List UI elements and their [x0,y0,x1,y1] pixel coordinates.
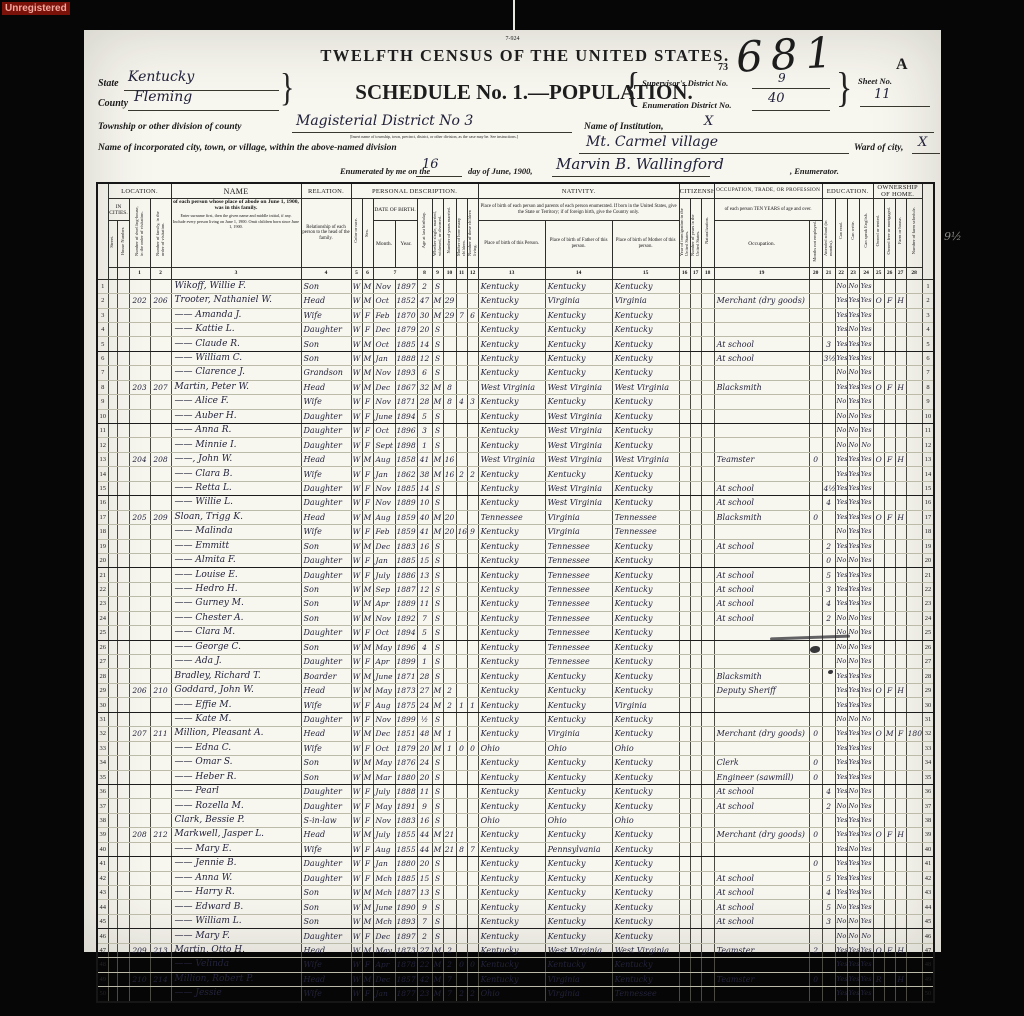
cell-by: 1889 [395,597,417,611]
cell-ow [873,525,884,539]
cell-name: —— Mary F. [171,929,301,943]
cell-sc [822,741,835,755]
cell-cl: 0 [467,741,478,755]
cell-sc [822,683,835,697]
cell-c18 [701,828,714,842]
cell-house [117,669,129,683]
cell-bm: Apr [373,958,395,972]
cell-fam [150,553,171,567]
cell-c18 [701,308,714,322]
cell-fm [884,886,895,900]
cell-pb: Kentucky [478,395,545,409]
line-number: 18 [922,525,934,539]
header-attended-school: Attended school (in months). [822,199,835,268]
cell-rel: Daughter [301,655,351,669]
cell-c18 [701,655,714,669]
cell-by: 1877 [395,987,417,1002]
cell-oc: Deputy Sheriff [714,683,809,697]
cell-sc [822,452,835,466]
census-row: 5—— Claude R.SonWMOct188514SKentuckyKent… [97,337,934,351]
cell-pb: Kentucky [478,611,545,625]
cell-pf: Kentucky [545,698,612,712]
cell-sc [822,972,835,986]
cell-by: 1883 [395,813,417,827]
cell-name: —— Alice F. [171,395,301,409]
cell-ym [443,784,456,798]
cell-cl [467,481,478,495]
cell-fam [150,987,171,1002]
cell-en: Yes [859,640,873,654]
cell-ow [873,958,884,972]
cell-fh [895,351,906,365]
line-number: 29 [922,683,934,697]
cell-rd: Yes [835,294,847,308]
cell-pm: Kentucky [612,929,679,943]
cell-ag: 7 [417,914,432,928]
cell-oc [714,958,809,972]
column-number: 18 [701,267,714,279]
cell-mn [809,351,822,365]
column-number: 15 [612,267,679,279]
cell-bm: Jan [373,987,395,1002]
cell-fm [884,857,895,871]
cell-fam [150,958,171,972]
cell-c17 [690,972,701,986]
cell-pf: Kentucky [545,900,612,914]
cell-fam [150,525,171,539]
cell-sx: M [362,669,373,683]
cell-pb: Kentucky [478,279,545,293]
cell-ms: M [432,294,443,308]
cell-name: —— Clara B. [171,467,301,481]
cell-fh: H [895,294,906,308]
cell-ym [443,611,456,625]
cell-rel: Wife [301,525,351,539]
cell-c17 [690,294,701,308]
cell-sx: M [362,337,373,351]
cell-by: 1879 [395,741,417,755]
cell-fh [895,568,906,582]
cell-cl [467,683,478,697]
cell-rel: Wife [301,698,351,712]
column-numbers-row: 1234567891011121314151617181920212223242… [97,267,934,279]
cell-fh [895,481,906,495]
cell-c17 [690,871,701,885]
cell-bm: July [373,568,395,582]
cell-oc: Blacksmith [714,380,809,394]
cell-street [108,886,117,900]
cell-fam: 207 [150,380,171,394]
cell-wr: Yes [847,452,859,466]
cell-c17 [690,582,701,596]
cell-by: 1887 [395,582,417,596]
cell-pb: Ohio [478,741,545,755]
naturalization-label: Naturalization. [705,217,710,244]
cell-pb: Kentucky [478,871,545,885]
cell-by: 1851 [395,727,417,741]
column-number [117,267,129,279]
cell-c18 [701,525,714,539]
cell-fh [895,857,906,871]
cell-pf: West Virginia [545,481,612,495]
cell-by: 1894 [395,409,417,423]
cell-pf: Kentucky [545,857,612,871]
line-number: 1 [922,279,934,293]
census-row: 50—— JessieWifeWFJan187723M722OhioVirgin… [97,987,934,1002]
cell-mn [809,395,822,409]
cell-en: Yes [859,886,873,900]
cell-mc [456,279,467,293]
cell-ow [873,741,884,755]
cell-c16 [679,683,690,697]
cell-mc [456,626,467,640]
cell-fam [150,366,171,380]
census-row: 19—— EmmittSonWMDec188316SKentuckyTennes… [97,539,934,553]
census-row: 4—— Kattie L.DaughterWFDec187920SKentuck… [97,322,934,336]
cell-fh [895,337,906,351]
cell-dw [129,770,150,784]
group-personal-description: PERSONAL DESCRIPTION. [351,183,478,199]
cell-dw: 210 [129,972,150,986]
cell-ym [443,553,456,567]
cell-sc: 2 [822,611,835,625]
cell-name: —— Chester A. [171,611,301,625]
cell-house [117,539,129,553]
cell-en: Yes [859,626,873,640]
cell-pf: Kentucky [545,366,612,380]
cell-ag: 32 [417,380,432,394]
cell-house [117,813,129,827]
cell-pb: Kentucky [478,727,545,741]
cell-oc: Blacksmith [714,510,809,524]
cell-en: Yes [859,597,873,611]
cell-bm: Aug [373,510,395,524]
cell-fh [895,799,906,813]
cell-pf: Kentucky [545,322,612,336]
cell-ym: 20 [443,525,456,539]
column-number: 17 [690,267,701,279]
cell-c18 [701,857,714,871]
cell-oc: At school [714,351,809,365]
cell-street [108,828,117,842]
right-close-brace: } [836,65,852,113]
cell-c17 [690,452,701,466]
mother-of-label: Mother of how many children. [457,204,467,256]
census-row: 33—— Edna C.WifeWFOct187920M100OhioOhioO… [97,741,934,755]
cell-fh [895,784,906,798]
cell-fs [906,987,922,1002]
cell-cr: W [351,380,362,394]
cell-cr: W [351,525,362,539]
cell-by: 1885 [395,871,417,885]
cell-by: 1894 [395,626,417,640]
cell-cr: W [351,322,362,336]
cell-ym [443,799,456,813]
cell-dw: 203 [129,380,150,394]
cell-cr: W [351,539,362,553]
cell-ym [443,900,456,914]
header-dwelling-label: Number of dwelling-house, in the order o… [135,204,145,256]
cell-rel: Son [301,597,351,611]
cell-fs [906,857,922,871]
census-row: 27—— Ada J.DaughterWFApr18991SKentuckyTe… [97,655,934,669]
cell-mc: 0 [456,741,467,755]
cell-bm: Nov [373,366,395,380]
cell-ms: S [432,756,443,770]
census-row: 3—— Amanda J.WifeWFFeb187030M2976Kentuck… [97,308,934,322]
cell-ym [443,409,456,423]
cell-wr: Yes [847,669,859,683]
cell-pm: Kentucky [612,611,679,625]
cell-cl: 2 [467,467,478,481]
attended-school-label: Attended school (in months). [824,204,834,256]
cell-sc [822,813,835,827]
cell-c18 [701,799,714,813]
cell-by: 1880 [395,857,417,871]
cell-pf: Virginia [545,987,612,1002]
cell-ag: 44 [417,842,432,856]
cell-sx: F [362,698,373,712]
line-number: 38 [97,813,108,827]
cell-fm [884,611,895,625]
cell-ym [443,770,456,784]
cell-by: 1886 [395,568,417,582]
header-age: Age at last birthday. [417,199,432,268]
cell-pb: Kentucky [478,857,545,871]
cell-sc [822,842,835,856]
line-number: 27 [97,655,108,669]
cell-cl [467,380,478,394]
cell-sc: 3 [822,337,835,351]
cell-ag: 5 [417,409,432,423]
cell-pb: West Virginia [478,380,545,394]
cell-c16 [679,698,690,712]
cell-bm: June [373,900,395,914]
cell-fam: 214 [150,972,171,986]
cell-dw [129,842,150,856]
column-number: 23 [847,267,859,279]
cell-fm [884,958,895,972]
cell-ag: 20 [417,322,432,336]
cell-mn [809,929,822,943]
cell-name: —— Pearl [171,784,301,798]
cell-pb: Kentucky [478,438,545,452]
cell-fm [884,395,895,409]
group-ownership: OWNERSHIP OF HOME. [873,183,922,199]
cell-street [108,568,117,582]
cell-oc: At school [714,582,809,596]
cell-mc [456,799,467,813]
cell-mc [456,943,467,957]
cell-rd: Yes [835,496,847,510]
cell-fm [884,279,895,293]
cell-fm [884,871,895,885]
cell-cr: W [351,683,362,697]
cell-sc [822,322,835,336]
line-number: 30 [97,698,108,712]
cell-fam [150,857,171,871]
cell-c16 [679,886,690,900]
cell-wr: No [847,611,859,625]
cell-oc: At school [714,568,809,582]
cell-by: 1893 [395,366,417,380]
cell-cr: W [351,366,362,380]
cell-ag: 11 [417,597,432,611]
cell-mc [456,857,467,871]
cell-c16 [679,294,690,308]
cell-cr: W [351,929,362,943]
cell-pf: Ohio [545,741,612,755]
cell-wr: No [847,424,859,438]
cell-house [117,294,129,308]
cell-pm: Kentucky [612,553,679,567]
cell-rd: Yes [835,481,847,495]
cell-house [117,958,129,972]
cell-street [108,467,117,481]
cell-name: Sloan, Trigg K. [171,510,301,524]
cell-c17 [690,597,701,611]
cell-sc [822,929,835,943]
cell-rd: Yes [835,770,847,784]
cell-pm: Kentucky [612,597,679,611]
cell-pf: Tennessee [545,626,612,640]
line-number: 22 [97,582,108,596]
cell-c18 [701,770,714,784]
cell-bm: Sep [373,582,395,596]
header-birth-month: Month. [373,221,395,268]
line-number: 40 [97,842,108,856]
cell-sc: 4 [822,496,835,510]
cell-mc [456,611,467,625]
cell-fs [906,626,922,640]
cell-name: Goddard, John W. [171,683,301,697]
cell-fs [906,698,922,712]
cell-sx: F [362,553,373,567]
cell-ow [873,611,884,625]
cell-sc: 4½ [822,481,835,495]
cell-mc [456,597,467,611]
cell-cr: W [351,424,362,438]
cell-rd: Yes [835,337,847,351]
column-number [108,267,117,279]
cell-pb: Kentucky [478,582,545,596]
cell-fam: 210 [150,683,171,697]
cell-c16 [679,828,690,842]
cell-street [108,582,117,596]
cell-mc [456,409,467,423]
cell-pm: Kentucky [612,770,679,784]
cell-fam [150,582,171,596]
cell-street [108,626,117,640]
cell-rd: Yes [835,452,847,466]
cell-ow [873,987,884,1002]
cell-fh [895,424,906,438]
cell-fm [884,756,895,770]
cell-mn [809,481,822,495]
cell-street [108,409,117,423]
cell-ms: S [432,351,443,365]
cell-fh [895,409,906,423]
cell-pf: Kentucky [545,308,612,322]
cell-c18 [701,958,714,972]
cell-dw [129,351,150,365]
header-nativity-description: Place of birth of each person and parent… [478,199,679,221]
institution-label: Name of Institution, [584,122,663,132]
cell-fs [906,510,922,524]
cell-wr: Yes [847,987,859,1002]
cell-c18 [701,784,714,798]
cell-bm: Nov [373,279,395,293]
cell-cl [467,857,478,871]
cell-cr: W [351,655,362,669]
cell-pf: Virginia [545,972,612,986]
census-row: 2202206Trooter, Nathaniel W.HeadWMOct185… [97,294,934,308]
cell-house [117,279,129,293]
cell-pm: West Virginia [612,943,679,957]
cell-c17 [690,886,701,900]
cell-by: 1898 [395,438,417,452]
cell-ag: 24 [417,698,432,712]
cell-dw [129,698,150,712]
enumeration-label: Enumeration District No. [642,100,732,110]
cell-fm [884,987,895,1002]
group-occupation: OCCUPATION, TRADE, OR PROFESSION [714,183,822,199]
header-street: Street. [108,221,117,268]
cell-pm: Kentucky [612,481,679,495]
cell-name: —— Jessie [171,987,301,1002]
cell-bm: Oct [373,741,395,755]
cell-sx: M [362,900,373,914]
line-number: 15 [97,481,108,495]
cell-c16 [679,770,690,784]
cell-fam [150,784,171,798]
cell-dw [129,582,150,596]
census-row: 41—— Jennie B.DaughterWFJan188020SKentuc… [97,857,934,871]
cell-c18 [701,351,714,365]
cell-ow [873,279,884,293]
cell-wr: No [847,784,859,798]
cell-cr: W [351,987,362,1002]
cell-fh: H [895,828,906,842]
cell-c18 [701,582,714,596]
cell-house [117,424,129,438]
cell-fam [150,279,171,293]
cell-street [108,496,117,510]
cell-ms: S [432,857,443,871]
cell-c17 [690,698,701,712]
column-number: 14 [545,267,612,279]
census-row: 40—— Mary E.WifeWFAug185544M2187Kentucky… [97,842,934,856]
cell-by: 1893 [395,914,417,928]
cell-rel: Boarder [301,669,351,683]
cell-wr: Yes [847,337,859,351]
cell-fh: F [895,727,906,741]
cell-ag: 14 [417,337,432,351]
cell-fam: 213 [150,943,171,957]
cell-sx: M [362,380,373,394]
cell-sx: M [362,510,373,524]
cell-ow [873,424,884,438]
column-number: 13 [478,267,545,279]
cell-mn [809,683,822,697]
cell-sx: F [362,568,373,582]
cell-oc: At school [714,886,809,900]
cell-pb: Kentucky [478,568,545,582]
cell-pm: Kentucky [612,972,679,986]
cell-fm [884,308,895,322]
census-row: 23—— Gurney M.SonWMApr188911SKentuckyTen… [97,597,934,611]
cell-ms: M [432,683,443,697]
